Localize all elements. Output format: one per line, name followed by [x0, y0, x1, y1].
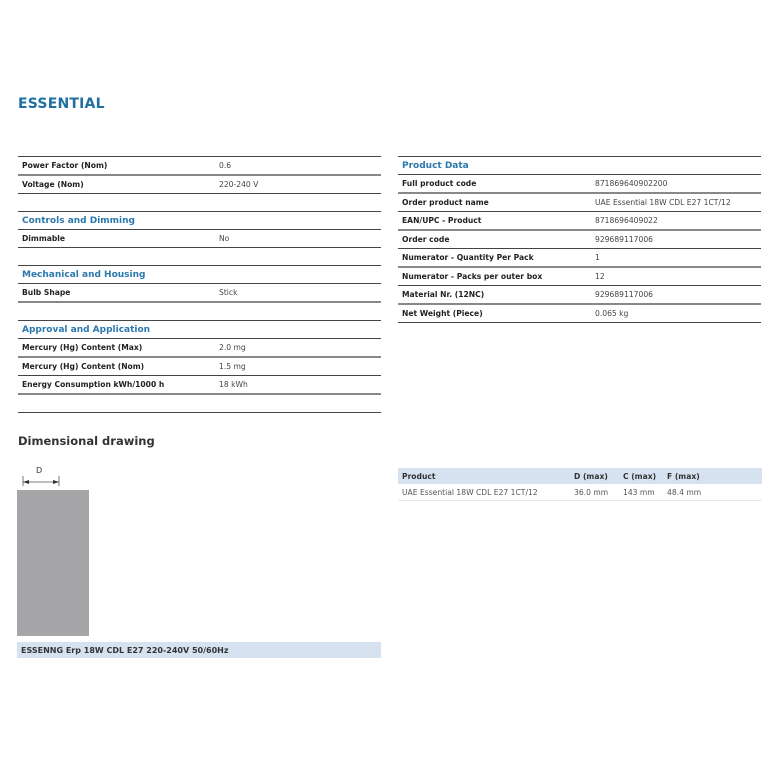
spec-row: Numerator - Quantity Per Pack 1	[398, 249, 761, 268]
spec-row: Energy Consumption kWh/1000 h 18 kWh	[18, 376, 381, 395]
spec-row: Numerator - Packs per outer box 12	[398, 268, 761, 286]
spec-value: 1	[595, 253, 600, 262]
spec-label: Power Factor (Nom)	[18, 161, 219, 170]
spec-row: Full product code 871869640902200	[398, 175, 761, 194]
spec-value: 220-240 V	[219, 180, 258, 189]
spec-value: 929689117006	[595, 290, 653, 299]
dimensions-table: Product D (max) C (max) F (max) UAE Esse…	[398, 468, 762, 501]
spec-value: 871869640902200	[595, 179, 667, 188]
table-row: UAE Essential 18W CDL E27 1CT/12 36.0 mm…	[398, 484, 762, 501]
spec-label: Numerator - Quantity Per Pack	[398, 253, 595, 262]
spec-value: Stick	[219, 288, 237, 297]
spec-row: EAN/UPC - Product 8718696409022	[398, 212, 761, 231]
spec-row: Bulb Shape Stick	[18, 284, 381, 303]
dimension-arrow-icon	[19, 474, 69, 486]
section-heading-approval: Approval and Application	[18, 320, 381, 339]
spec-value: 2.0 mg	[219, 343, 246, 352]
left-spec-column: Power Factor (Nom) 0.6 Voltage (Nom) 220…	[18, 156, 381, 413]
spec-label: Voltage (Nom)	[18, 180, 219, 189]
spec-label: Dimmable	[18, 234, 219, 243]
spec-label: Net Weight (Piece)	[398, 309, 595, 318]
spec-label: Mercury (Hg) Content (Max)	[18, 343, 219, 352]
spec-row: Mercury (Hg) Content (Max) 2.0 mg	[18, 339, 381, 358]
spec-row: Order code 929689117006	[398, 231, 761, 249]
spec-label: Material Nr. (12NC)	[398, 290, 595, 299]
spec-value: No	[219, 234, 229, 243]
spec-value: 0.6	[219, 161, 231, 170]
spec-value: 18 kWh	[219, 380, 248, 389]
dimensional-drawing-title: Dimensional drawing	[18, 434, 155, 448]
section-heading-mechanical: Mechanical and Housing	[18, 265, 381, 284]
spec-row: Voltage (Nom) 220-240 V	[18, 176, 381, 194]
column-header: D (max)	[574, 472, 623, 481]
table-cell: 48.4 mm	[667, 488, 727, 497]
table-header: Product D (max) C (max) F (max)	[398, 468, 762, 484]
column-header: Product	[398, 472, 574, 481]
spec-label: Order code	[398, 235, 595, 244]
table-cell: UAE Essential 18W CDL E27 1CT/12	[398, 488, 574, 497]
spec-value: 8718696409022	[595, 216, 658, 225]
spec-row: Order product name UAE Essential 18W CDL…	[398, 194, 761, 212]
section-heading-product-data: Product Data	[398, 156, 761, 175]
spec-label: EAN/UPC - Product	[398, 216, 595, 225]
spec-value: 929689117006	[595, 235, 653, 244]
section-heading-controls: Controls and Dimming	[18, 211, 381, 230]
spec-value: UAE Essential 18W CDL E27 1CT/12	[595, 198, 731, 207]
dimensional-drawing: D	[17, 466, 97, 638]
spec-value: 1.5 mg	[219, 362, 246, 371]
page-title: ESSENTIAL	[18, 96, 105, 112]
column-header: C (max)	[623, 472, 667, 481]
drawing-caption: ESSENNG Erp 18W CDL E27 220-240V 50/60Hz	[17, 642, 381, 658]
spec-row: Dimmable No	[18, 230, 381, 248]
spec-row: Net Weight (Piece) 0.065 kg	[398, 305, 761, 323]
spec-label: Full product code	[398, 179, 595, 188]
divider	[18, 412, 381, 413]
spec-label: Numerator - Packs per outer box	[398, 272, 595, 281]
spec-label: Order product name	[398, 198, 595, 207]
spec-label: Mercury (Hg) Content (Nom)	[18, 362, 219, 371]
spec-row: Mercury (Hg) Content (Nom) 1.5 mg	[18, 358, 381, 376]
spec-label: Energy Consumption kWh/1000 h	[18, 380, 219, 389]
spec-row: Material Nr. (12NC) 929689117006	[398, 286, 761, 305]
product-data-column: Product Data Full product code 871869640…	[398, 156, 761, 323]
column-header: F (max)	[667, 472, 727, 481]
table-cell: 36.0 mm	[574, 488, 623, 497]
table-cell: 143 mm	[623, 488, 667, 497]
spec-value: 12	[595, 272, 605, 281]
spec-label: Bulb Shape	[18, 288, 219, 297]
spec-value: 0.065 kg	[595, 309, 628, 318]
bulb-silhouette	[17, 490, 89, 636]
spec-row: Power Factor (Nom) 0.6	[18, 156, 381, 176]
